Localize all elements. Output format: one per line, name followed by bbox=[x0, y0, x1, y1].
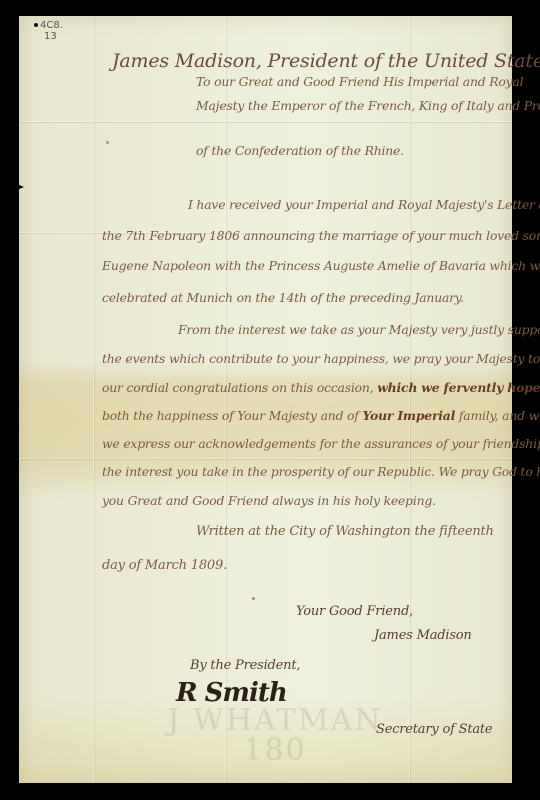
paragraph-line: our cordial congratulations on this occa… bbox=[102, 380, 540, 395]
paragraph-line: celebrated at Munich on the 14th of the … bbox=[102, 290, 464, 305]
secretary-title: Secretary of State bbox=[376, 722, 492, 737]
secretary-signature: R Smith bbox=[176, 678, 287, 708]
foxing-spot bbox=[252, 597, 255, 600]
paragraph-line: both the happiness of Your Majesty and o… bbox=[102, 408, 540, 423]
dateline: Written at the City of Washington the fi… bbox=[196, 524, 494, 539]
paragraph-line: I have received your Imperial and Royal … bbox=[188, 197, 540, 212]
letter-heading: James Madison, President of the United S… bbox=[112, 50, 540, 72]
fold-crease bbox=[93, 16, 94, 783]
dateline: day of March 1809. bbox=[102, 558, 227, 573]
archive-mark: 4C8. 13 bbox=[34, 20, 63, 42]
paragraph-line: we express our acknowledgements for the … bbox=[102, 436, 540, 451]
ink-dot-icon bbox=[34, 23, 38, 27]
fold-crease bbox=[409, 16, 410, 783]
paragraph-line: the 7th February 1806 announcing the mar… bbox=[102, 228, 540, 243]
address-line: Majesty the Emperor of the French, King … bbox=[196, 98, 540, 113]
closing: Your Good Friend, bbox=[296, 604, 413, 619]
paragraph-line: the interest you take in the prosperity … bbox=[102, 464, 540, 479]
address-line: To our Great and Good Friend His Imperia… bbox=[196, 74, 523, 89]
foxing-spot bbox=[106, 141, 109, 144]
paragraph-line: Eugene Napoleon with the Princess August… bbox=[102, 258, 540, 273]
address-line: of the Confederation of the Rhine. bbox=[196, 143, 404, 158]
countersign-label: By the President, bbox=[190, 658, 300, 673]
paragraph-line: you Great and Good Friend always in his … bbox=[102, 493, 436, 508]
paragraph-line: the events which contribute to your happ… bbox=[102, 351, 540, 366]
paragraph-line: From the interest we take as your Majest… bbox=[178, 322, 540, 337]
president-signature: James Madison bbox=[374, 628, 472, 643]
watermark: J WHATMAN 180 bbox=[150, 706, 400, 766]
paper-tear bbox=[12, 182, 24, 192]
